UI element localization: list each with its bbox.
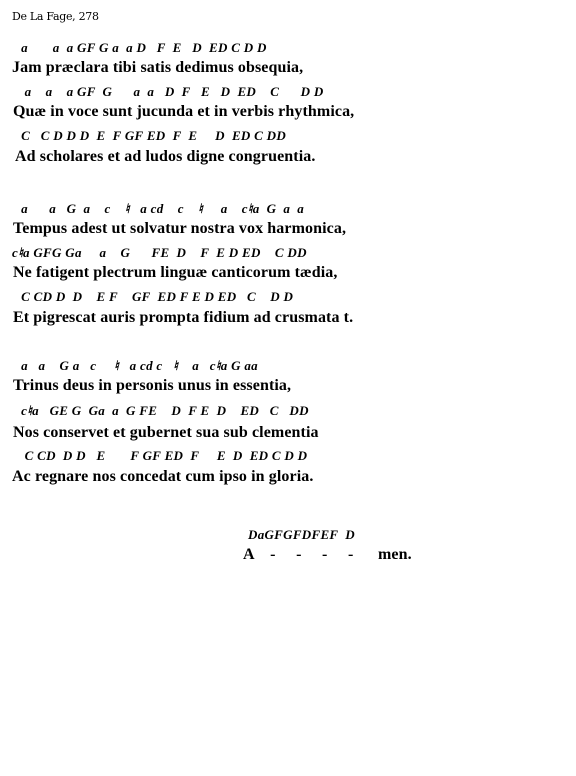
lyric-line: Jam præclara tibi satis dedimus obsequia… (12, 59, 303, 77)
notation-line: a a a GF G a a D F E D ED C D D (14, 84, 324, 100)
notation-line: C CD D D E F GF ED F E D ED C D D (14, 289, 293, 305)
notation-line: C CD D D E F GF ED F E D ED C D D (14, 448, 307, 464)
notation-line: c♮a GE G Ga a G FE D F E D ED C DD (14, 403, 309, 419)
source-caption: De La Fage, 278 (12, 10, 99, 23)
lyric-line: Et pigrescat auris prompta fidium ad cru… (13, 309, 353, 327)
notation-line: a a G a c ♮ a cd c ♮ a c♮a G a a (14, 201, 304, 217)
notation-line: c♮a GFG Ga a G FE D F E D ED C DD (12, 245, 307, 261)
lyric-line: Ac regnare nos concedat cum ipso in glor… (12, 468, 313, 486)
lyric-line: Nos conservet et gubernet sua sub clemen… (13, 424, 319, 442)
lyric-line: Trinus deus in personis unus in essentia… (13, 377, 291, 395)
amen-lyric: A - - - - men. (243, 546, 412, 564)
notation-line: C C D D D E F GF ED F E D ED C DD (14, 128, 286, 144)
lyric-line: Quæ in voce sunt jucunda et in verbis rh… (13, 103, 354, 121)
lyric-line: Tempus adest ut solvatur nostra vox harm… (13, 220, 346, 238)
lyric-line: Ne fatigent plectrum linguæ canticorum t… (13, 264, 337, 282)
notation-line: a a G a c ♮ a cd c ♮ a c♮a G aa (14, 358, 258, 374)
lyric-line: Ad scholares et ad ludos digne congruent… (15, 148, 315, 166)
notation-line: a a a GF G a a D F E D ED C D D (14, 40, 267, 56)
amen-notation: DaGFGFDFEF D (248, 527, 355, 543)
